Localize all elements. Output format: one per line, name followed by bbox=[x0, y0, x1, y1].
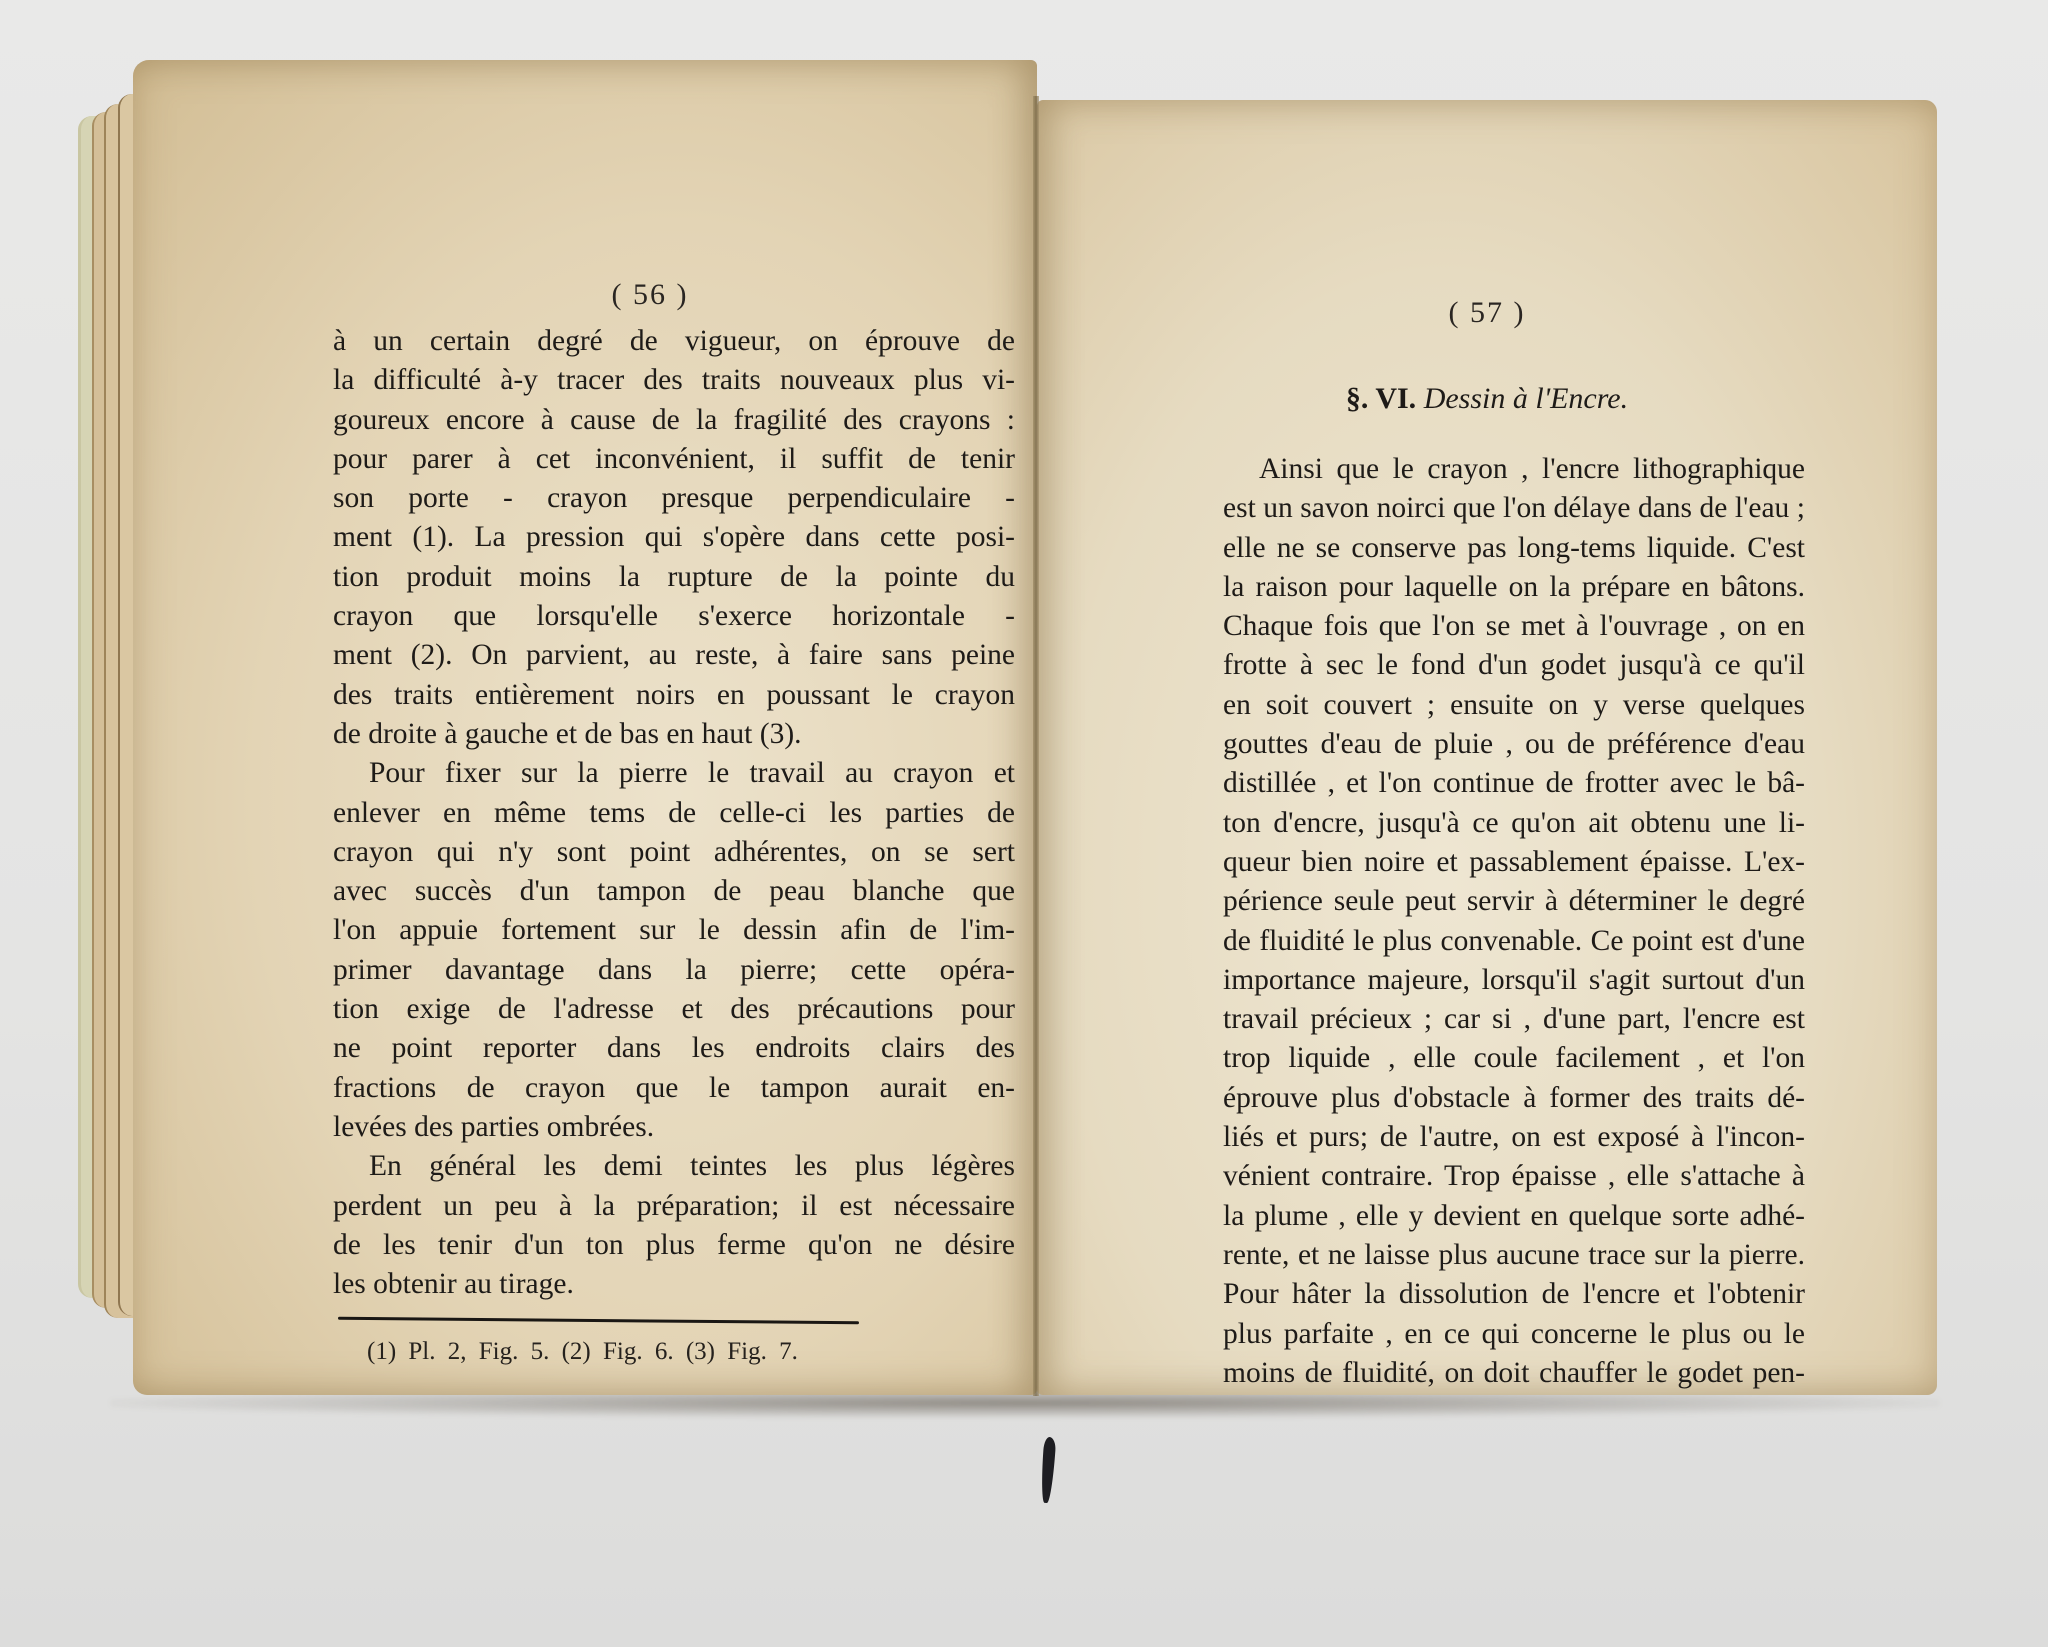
book-gutter bbox=[1033, 96, 1039, 1396]
text-line: queur bien noire et passablement épaisse… bbox=[1223, 843, 1805, 882]
text-line: Chaque fois que l'on se met à l'ouvrage … bbox=[1223, 607, 1805, 646]
text-line: la difficulté à-y tracer des traits nouv… bbox=[333, 361, 1015, 400]
text-line: ment (2). On parvient, au reste, à faire… bbox=[333, 636, 1015, 675]
text-line: en soit couvert ; ensuite on y verse que… bbox=[1223, 686, 1805, 725]
text-line: de fluidité le plus convenable. Ce point… bbox=[1223, 922, 1805, 961]
text-line: distillée , et l'on continue de frotter … bbox=[1223, 764, 1805, 803]
footnotes: (1) Pl. 2, Fig. 5. (2) Fig. 6. (3) Fig. … bbox=[367, 1338, 798, 1366]
section-number: §. VI. bbox=[1346, 382, 1416, 415]
text-line: dant qu'on la prépare. bbox=[1223, 1393, 1805, 1395]
text-line: enlever en même tems de celle-ci les par… bbox=[333, 794, 1015, 833]
text-line: gouttes d'eau de pluie , ou de préférenc… bbox=[1223, 725, 1805, 764]
text-line: ton d'encre, jusqu'à ce qu'on ait obtenu… bbox=[1223, 804, 1805, 843]
text-line: avec succès d'un tampon de peau blanche … bbox=[333, 872, 1015, 911]
open-book: ( 56 ) à un certain degré de vigueur, on… bbox=[0, 0, 2048, 1647]
footnote-rule bbox=[338, 1317, 859, 1325]
text-line: importance majeure, lorsqu'il s'agit sur… bbox=[1223, 961, 1805, 1000]
text-line: pour parer à cet inconvénient, il suffit… bbox=[333, 440, 1015, 479]
text-line: moins de fluidité, on doit chauffer le g… bbox=[1223, 1354, 1805, 1393]
text-line: vénient contraire. Trop épaisse , elle s… bbox=[1223, 1157, 1805, 1196]
section-heading: §. VI. Dessin à l'Encre. bbox=[1037, 382, 1937, 416]
text-line: de les tenir d'un ton plus ferme qu'on n… bbox=[333, 1226, 1015, 1265]
text-line: perdent un peu à la préparation; il est … bbox=[333, 1187, 1015, 1226]
text-line: ne point reporter dans les endroits clai… bbox=[333, 1029, 1015, 1068]
text-line: des traits entièrement noirs en poussant… bbox=[333, 676, 1015, 715]
text-line: tion exige de l'adresse et des précautio… bbox=[333, 990, 1015, 1029]
text-line: liés et purs; de l'autre, on est exposé … bbox=[1223, 1118, 1805, 1157]
text-line: trop liquide , elle coule facilement , e… bbox=[1223, 1039, 1805, 1078]
text-line: plus parfaite , en ce qui concerne le pl… bbox=[1223, 1315, 1805, 1354]
text-line: son porte - crayon presque perpendiculai… bbox=[333, 479, 1015, 518]
text-line: Pour fixer sur la pierre le travail au c… bbox=[333, 754, 1015, 793]
text-line: l'on appuie fortement sur le dessin afin… bbox=[333, 911, 1015, 950]
left-page: ( 56 ) à un certain degré de vigueur, on… bbox=[133, 60, 1037, 1395]
text-line: ment (1). La pression qui s'opère dans c… bbox=[333, 518, 1015, 557]
ink-stain bbox=[1040, 1437, 1057, 1504]
text-line: travail précieux ; car si , d'une part, … bbox=[1223, 1000, 1805, 1039]
text-line: rente, et ne laisse plus aucune trace su… bbox=[1223, 1236, 1805, 1275]
text-line: En général les demi teintes les plus lég… bbox=[333, 1147, 1015, 1186]
text-line: primer davantage dans la pierre; cette o… bbox=[333, 951, 1015, 990]
text-line: levées des parties ombrées. bbox=[333, 1108, 1015, 1147]
text-line: crayon qui n'y sont point adhérentes, on… bbox=[333, 833, 1015, 872]
text-line: frotte à sec le fond d'un godet jusqu'à … bbox=[1223, 646, 1805, 685]
text-line: est un savon noirci que l'on délaye dans… bbox=[1223, 489, 1805, 528]
section-title: Dessin à l'Encre. bbox=[1424, 382, 1628, 415]
text-line: tion produit moins la rupture de la poin… bbox=[333, 558, 1015, 597]
text-line: fractions de crayon que le tampon aurait… bbox=[333, 1069, 1015, 1108]
right-page-text: Ainsi que le crayon , l'encre lithograph… bbox=[1223, 450, 1805, 1395]
text-line: à un certain degré de vigueur, on éprouv… bbox=[333, 322, 1015, 361]
text-line: périence seule peut servir à déterminer … bbox=[1223, 882, 1805, 921]
text-line: la plume , elle y devient en quelque sor… bbox=[1223, 1197, 1805, 1236]
text-line: Pour hâter la dissolution de l'encre et … bbox=[1223, 1275, 1805, 1314]
text-line: crayon que lorsqu'elle s'exerce horizont… bbox=[333, 597, 1015, 636]
page-number-right: ( 57 ) bbox=[1037, 296, 1937, 330]
text-line: elle ne se conserve pas long-tems liquid… bbox=[1223, 529, 1805, 568]
page-number-left: ( 56 ) bbox=[133, 278, 1037, 312]
text-line: la raison pour laquelle on la prépare en… bbox=[1223, 568, 1805, 607]
right-page: ( 57 ) §. VI. Dessin à l'Encre. Ainsi qu… bbox=[1037, 100, 1937, 1395]
text-line: les obtenir au tirage. bbox=[333, 1265, 1015, 1304]
text-line: Ainsi que le crayon , l'encre lithograph… bbox=[1223, 450, 1805, 489]
text-line: de droite à gauche et de bas en haut (3)… bbox=[333, 715, 1015, 754]
text-line: goureux encore à cause de la fragilité d… bbox=[333, 401, 1015, 440]
text-line: éprouve plus d'obstacle à former des tra… bbox=[1223, 1079, 1805, 1118]
left-page-text: à un certain degré de vigueur, on éprouv… bbox=[333, 322, 1015, 1304]
